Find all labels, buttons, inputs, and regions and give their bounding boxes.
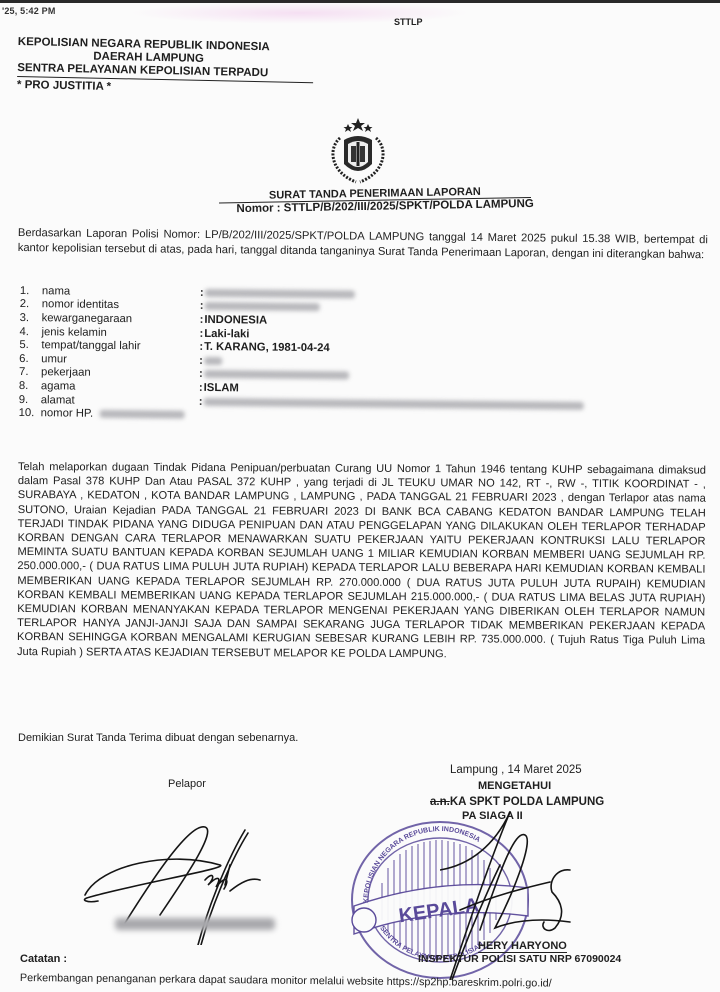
field-value: ISLAM [204,382,239,394]
letterhead: KEPOLISIAN NEGARA REPUBLIK INDONESIA DAE… [17,36,314,98]
field-value: T. KARANG, 1981-04-24 [204,341,330,354]
acknowledged-label: MENGETAHUI [478,780,551,792]
field-label: nama [42,285,200,299]
place-date: Lampung , 14 Maret 2025 [450,764,582,776]
field-label: agama [41,380,199,394]
redacted-value [204,357,222,365]
field-label: alamat [41,394,199,408]
officer-rank: INSPEKTUR POLISI SATU NRP 67090024 [418,953,621,965]
field-label: pekerjaan [41,367,199,381]
reporter-fields: 1. nama : 2. nomor identitas : 3. kewarg… [19,284,720,427]
field-value: INDONESIA [204,314,267,327]
officer-name: HERY HARYONO [478,940,567,953]
field-label: nomor identitas [42,299,200,313]
field-label: umur [41,353,199,367]
field-label: jenis kelamin [41,326,199,340]
office-title: a.n.KA SPKT POLDA LAMPUNG [430,796,604,808]
redacted-value [99,410,184,419]
title-block: SURAT TANDA PENERIMAAN LAPORAN Nomor : S… [0,182,720,220]
reporter-label: Pelapor [168,778,206,790]
redacted-value [205,289,355,299]
field-label: tempat/tanggal lahir [41,339,199,353]
intro-paragraph: Berdasarkan Laporan Polisi Nomor: LP/B/2… [18,226,708,262]
field-label: nomor HP. [41,407,94,420]
redacted-value [205,302,320,311]
report-body: Telah melaporkan dugaan Tindak Pidana Pe… [17,460,706,662]
redacted-value [204,370,349,380]
document-code: STTLP [394,17,423,27]
redacted-value [204,397,584,409]
note-label: Catatan : [20,953,67,965]
field-label: kewarganegaraan [42,312,200,326]
reporter-name-redacted [115,918,275,930]
polri-crest-icon [318,116,398,188]
closing-statement: Demikian Surat Tanda Terima dibuat denga… [18,732,298,744]
field-value: Laki-laki [204,328,249,340]
timestamp: '25, 5:42 PM [2,6,56,16]
